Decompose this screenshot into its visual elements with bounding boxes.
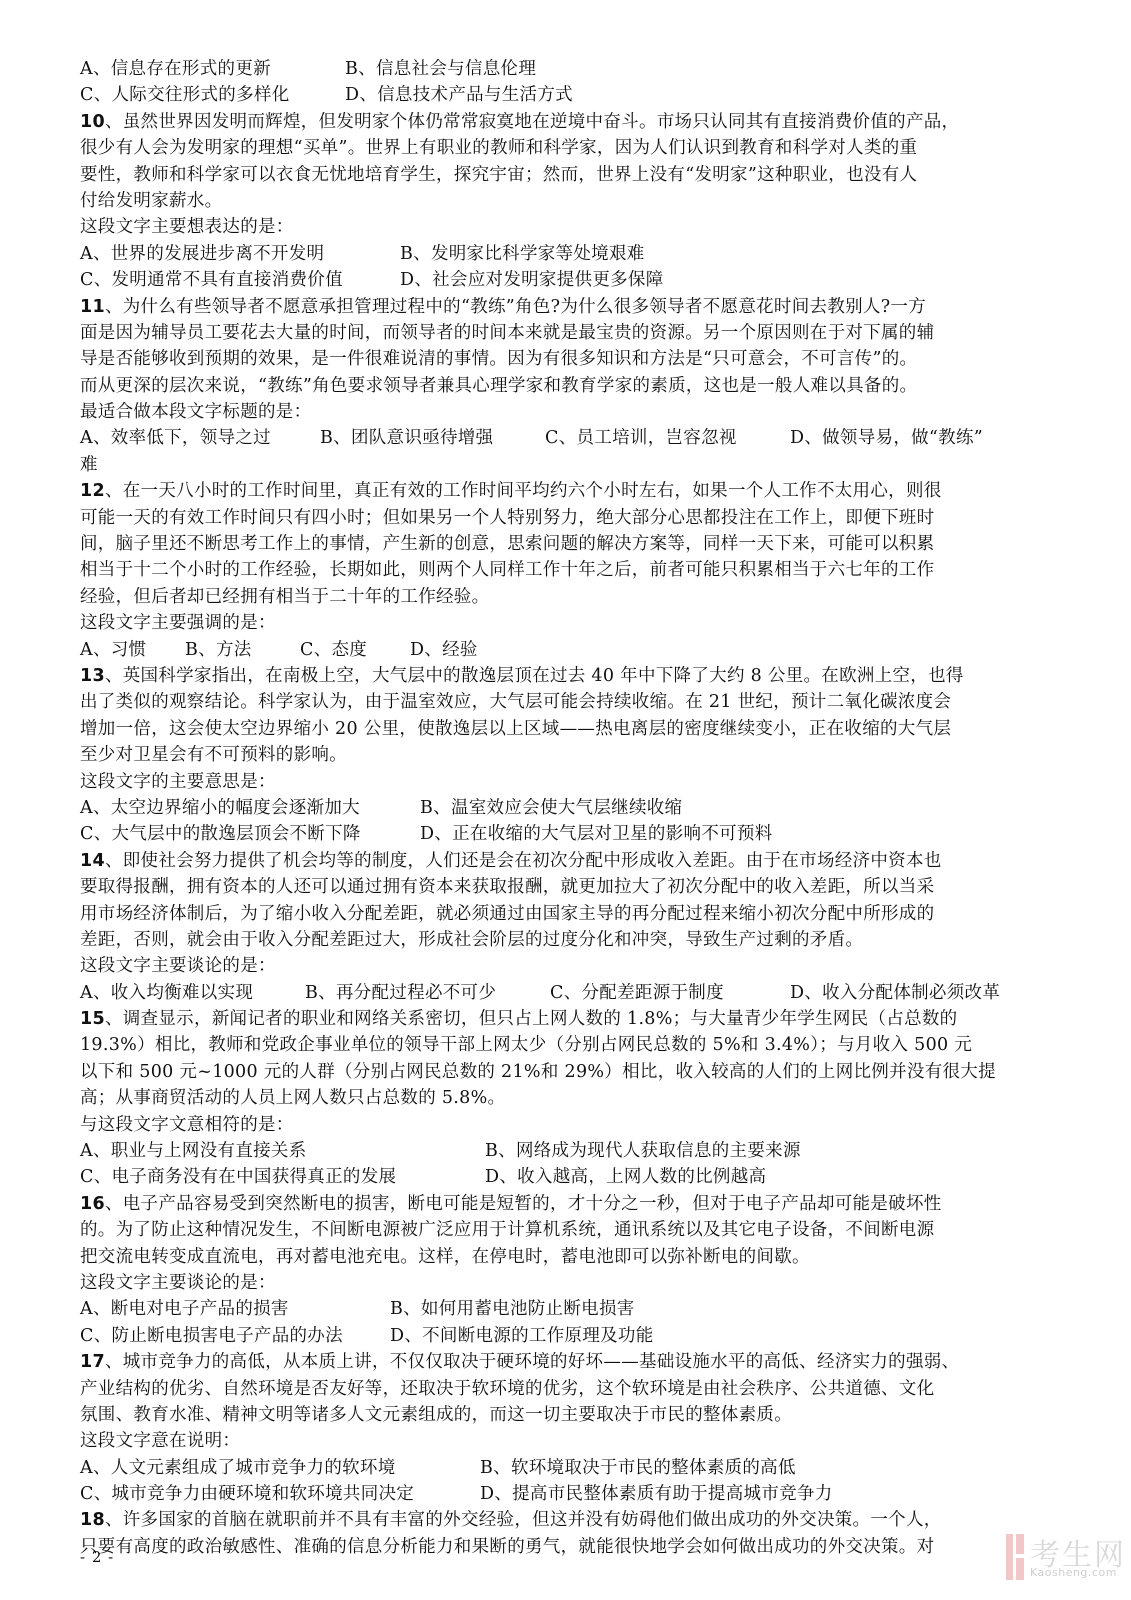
answer-options-row: C、防止断电损害电子产品的办法D、不间断电源的工作原理及功能 — [80, 1323, 1060, 1349]
question-17-line: 产业结构的优劣、自然环境是否友好等，还取决于软环境的优劣，这个软环境是由社会秩序… — [80, 1376, 1060, 1402]
question-prompt: 这段文字主要谈论的是： — [80, 953, 1060, 979]
answer-options-row: A、职业与上网没有直接关系B、网络成为现代人获取信息的主要来源 — [80, 1138, 1060, 1164]
question-number: 10 — [80, 112, 105, 132]
question-13-line: 增加一倍，这会使太空边界缩小 20 公里，使散逸层以上区域——热电离层的密度继续… — [80, 716, 1060, 742]
question-12-line: 可能一天的有效工作时间只有四小时；但如果另一个人特别努力，绝大部分心思都投注在工… — [80, 505, 1060, 531]
question-text: 很少有人会为发明家的理想“买单”。世界上有职业的教师和科学家，因为人们认识到教育… — [80, 138, 917, 158]
question-prompt: 这段文字主要强调的是： — [80, 610, 1060, 636]
question-18-first-line: 18、许多国家的首脑在就职前并不具有丰富的外交经验，但这并没有妨碍他们做出成功的… — [80, 1507, 1060, 1533]
page-number: - 2 - — [80, 1548, 114, 1566]
question-15-line: 以下和 500 元~1000 元的人群（分别占网民总数的 21%和 29%）相比… — [80, 1059, 1060, 1085]
question-11-line: 面是因为辅导员工要花去大量的时间，而领导者的时间本来就是最宝贵的资源。另一个原因… — [80, 320, 1060, 346]
question-12-first-line: 12、在一天八小时的工作时间里，真正有效的工作时间平均约六个小时左右，如果一个人… — [80, 478, 1060, 504]
answer-option: D、做领导易，做“教练” — [790, 425, 983, 451]
question-text: 、城市竞争力的高低，从本质上讲，不仅仅取决于硬环境的好坏——基础设施水平的高低、… — [105, 1352, 959, 1372]
question-prompt: 最适合做本段文字标题的是： — [80, 399, 1060, 425]
watermark-domain: Kaosheng.com — [1030, 1566, 1117, 1579]
answer-option: A、世界的发展进步离不开发明 — [80, 241, 324, 267]
answer-option: A、收入均衡难以实现 — [80, 980, 253, 1006]
question-15-first-line: 15、调查显示，新闻记者的职业和网络关系密切，但只占上网人数的 1.8%；与大量… — [80, 1006, 1060, 1032]
question-text: 增加一倍，这会使太空边界缩小 20 公里，使散逸层以上区域——热电离层的密度继续… — [80, 719, 951, 739]
question-text: 、虽然世界因发明而辉煌，但发明家个体仍常常寂寞地在逆境中奋斗。市场只认同其有直接… — [105, 112, 959, 132]
question-13-first-line: 13、英国科学家指出，在南极上空，大气层中的散逸层顶在过去 40 年中下降了大约… — [80, 663, 1060, 689]
answer-options-row: A、效率低下，领导之过B、团队意识亟待增强C、员工培训，岂容忽视D、做领导易，做… — [80, 425, 1060, 451]
question-text: 差距，否则，就会由于收入分配差距过大，形成社会阶层的过度分化和冲突，导致生产过剩… — [80, 930, 863, 950]
question-text: 、在一天八小时的工作时间里，真正有效的工作时间平均约六个小时左右，如果一个人工作… — [105, 481, 942, 501]
answer-option: A、信息存在形式的更新 — [80, 56, 271, 82]
answer-option: A、太空边界缩小的幅度会逐渐加大 — [80, 795, 360, 821]
question-prompt: 这段文字主要谈论的是： — [80, 1270, 1060, 1296]
answer-option: B、团队意识亟待增强 — [320, 425, 493, 451]
question-11-line: 而从更深的层次来说，“教练”角色要求领导者兼具心理学家和教育学家的素质，这也是一… — [80, 373, 1060, 399]
answer-options-row: A、习惯B、方法C、态度D、经验 — [80, 637, 1060, 663]
answer-option: B、网络成为现代人获取信息的主要来源 — [485, 1138, 801, 1164]
question-text: 而从更深的层次来说，“教练”角色要求领导者兼具心理学家和教育学家的素质，这也是一… — [80, 376, 917, 396]
question-number: 14 — [80, 851, 105, 871]
answer-options-row: A、人文元素组成了城市竞争力的软环境B、软环境取决于市民的整体素质的高低 — [80, 1455, 1060, 1481]
answer-option: A、人文元素组成了城市竞争力的软环境 — [80, 1455, 396, 1481]
answer-option: B、发明家比科学家等处境艰难 — [400, 241, 645, 267]
answer-option: A、断电对电子产品的损害 — [80, 1296, 289, 1322]
question-text: 只要有高度的政治敏感性、准确的信息分析能力和果断的勇气，就能很快地学会如何做出成… — [80, 1537, 934, 1557]
question-prompt: 与这段文字文意相符的是： — [80, 1112, 1060, 1138]
question-text: 的。为了防止这种情况发生，不间断电源被广泛应用于计算机系统，通讯系统以及其它电子… — [80, 1220, 934, 1240]
answer-options-row: A、收入均衡难以实现B、再分配过程必不可少C、分配差距源于制度D、收入分配体制必… — [80, 980, 1060, 1006]
answer-option: D、信息技术产品与生活方式 — [345, 82, 573, 108]
answer-option: C、城市竞争力由硬环境和软环境共同决定 — [80, 1481, 414, 1507]
answer-options-row: A、断电对电子产品的损害B、如何用蓄电池防止断电损害 — [80, 1296, 1060, 1322]
question-number: 17 — [80, 1352, 105, 1372]
question-prompt: 难 — [80, 452, 1060, 478]
answer-option: B、信息社会与信息伦理 — [345, 56, 536, 82]
question-text: 相当于十二个小时的工作经验，长期如此，则两个人同样工作十年之后，前者可能只积累相… — [80, 560, 934, 580]
question-10-line: 付给发明家薪水。 — [80, 188, 1060, 214]
kaosheng-logo-icon — [1006, 1534, 1024, 1580]
question-number: 13 — [80, 666, 105, 686]
answer-options-row: C、大气层中的散逸层顶会不断下降D、正在收缩的大气层对卫星的影响不可预料 — [80, 821, 1060, 847]
question-text: 要性，教师和科学家可以衣食无忧地培育学生，探究宇宙；然而，世界上没有“发明家”这… — [80, 165, 917, 185]
question-10-line: 很少有人会为发明家的理想“买单”。世界上有职业的教师和科学家，因为人们认识到教育… — [80, 135, 1060, 161]
question-text: 氛围、教育水准、精神文明等诸多人文元素组成的，而这一切主要取决于市民的整体素质。 — [80, 1405, 792, 1425]
question-text: 19.3%）相比，教师和党政企事业单位的领导干部上网太少（分别占网民总数的 5%… — [80, 1035, 972, 1055]
answer-options-row: C、人际交往形式的多样化D、信息技术产品与生活方式 — [80, 82, 1060, 108]
question-17-first-line: 17、城市竞争力的高低，从本质上讲，不仅仅取决于硬环境的好坏——基础设施水平的高… — [80, 1349, 1060, 1375]
question-prompt: 这段文字意在说明： — [80, 1428, 1060, 1454]
question-text: 、英国科学家指出，在南极上空，大气层中的散逸层顶在过去 40 年中下降了大约 8… — [105, 666, 964, 686]
question-text: 、电子产品容易受到突然断电的损害，断电可能是短暂的，才十分之一秒，但对于电子产品… — [105, 1194, 942, 1214]
question-text: 间，脑子里还不断思考工作上的事情，产生新的创意，思索问题的解决方案等，同样一天下… — [80, 534, 934, 554]
question-13-line: 出了类似的观察结论。科学家认为，由于温室效应，大气层可能会持续收缩。在 21 世… — [80, 689, 1060, 715]
question-14-line: 差距，否则，就会由于收入分配差距过大，形成社会阶层的过度分化和冲突，导致生产过剩… — [80, 927, 1060, 953]
question-prompt: 这段文字主要想表达的是： — [80, 214, 1060, 240]
answer-option: D、社会应对发明家提供更多保障 — [400, 267, 664, 293]
question-text: 以下和 500 元~1000 元的人群（分别占网民总数的 21%和 29%）相比… — [80, 1062, 996, 1082]
question-16-first-line: 16、电子产品容易受到突然断电的损害，断电可能是短暂的，才十分之一秒，但对于电子… — [80, 1191, 1060, 1217]
question-number: 18 — [80, 1510, 105, 1530]
question-16-line: 把交流电转变成直流电，再对蓄电池充电。这样，在停电时，蓄电池即可以弥补断电的间歇… — [80, 1244, 1060, 1270]
answer-options-row: A、太空边界缩小的幅度会逐渐加大B、温室效应会使大气层继续收缩 — [80, 795, 1060, 821]
question-12-line: 间，脑子里还不断思考工作上的事情，产生新的创意，思索问题的解决方案等，同样一天下… — [80, 531, 1060, 557]
answer-option: A、职业与上网没有直接关系 — [80, 1138, 307, 1164]
answer-option: C、防止断电损害电子产品的办法 — [80, 1323, 343, 1349]
question-prompt: 这段文字的主要意思是： — [80, 769, 1060, 795]
question-text: 出了类似的观察结论。科学家认为，由于温室效应，大气层可能会持续收缩。在 21 世… — [80, 692, 951, 712]
question-12-line: 相当于十二个小时的工作经验，长期如此，则两个人同样工作十年之后，前者可能只积累相… — [80, 557, 1060, 583]
question-12-line: 经验，但后者却已经拥有相当于二十年的工作经验。 — [80, 584, 1060, 610]
question-14-line: 用市场经济体制后，为了缩小收入分配差距，就必须通过由国家主导的再分配过程来缩小初… — [80, 901, 1060, 927]
question-text: 经验，但后者却已经拥有相当于二十年的工作经验。 — [80, 587, 489, 607]
answer-options-row: C、发明通常不具有直接消费价值D、社会应对发明家提供更多保障 — [80, 267, 1060, 293]
answer-options-row: C、电子商务没有在中国获得真正的发展D、收入越高，上网人数的比例越高 — [80, 1164, 1060, 1190]
question-text: 把交流电转变成直流电，再对蓄电池充电。这样，在停电时，蓄电池即可以弥补断电的间歇… — [80, 1247, 810, 1267]
question-text: 用市场经济体制后，为了缩小收入分配差距，就必须通过由国家主导的再分配过程来缩小初… — [80, 904, 934, 924]
question-text: 付给发明家薪水。 — [80, 191, 222, 211]
question-number: 16 — [80, 1194, 105, 1214]
watermark-logo: 考生网 Kaosheng.com — [1006, 1530, 1131, 1586]
question-text: 、许多国家的首脑在就职前并不具有丰富的外交经验，但这并没有妨碍他们做出成功的外交… — [105, 1510, 942, 1530]
question-text: 可能一天的有效工作时间只有四小时；但如果另一个人特别努力，绝大部分心思都投注在工… — [80, 508, 934, 528]
answer-option: D、收入分配体制必须改革 — [790, 980, 1000, 1006]
answer-option: A、效率低下，领导之过 — [80, 425, 271, 451]
question-text: 至少对卫星会有不可预料的影响。 — [80, 745, 347, 765]
answer-option: D、不间断电源的工作原理及功能 — [390, 1323, 654, 1349]
question-text: 要取得报酬，拥有资本的人还可以通过拥有资本来获取报酬，就更加拉大了初次分配中的收… — [80, 877, 934, 897]
answer-option: A、习惯 — [80, 637, 146, 663]
question-text: 高；从事商贸活动的人员上网人数只占总数的 5.8%。 — [80, 1088, 505, 1108]
answer-option: D、正在收缩的大气层对卫星的影响不可预料 — [420, 821, 773, 847]
question-18-line: 只要有高度的政治敏感性、准确的信息分析能力和果断的勇气，就能很快地学会如何做出成… — [80, 1534, 1060, 1560]
question-11-first-line: 11、为什么有些领导者不愿意承担管理过程中的“教练”角色?为什么很多领导者不愿意… — [80, 294, 1060, 320]
answer-option: C、员工培训，岂容忽视 — [545, 425, 737, 451]
question-15-line: 高；从事商贸活动的人员上网人数只占总数的 5.8%。 — [80, 1085, 1060, 1111]
question-14-first-line: 14、即使社会努力提供了机会均等的制度，人们还是会在初次分配中形成收入差距。由于… — [80, 848, 1060, 874]
question-text: 面是因为辅导员工要花去大量的时间，而领导者的时间本来就是最宝贵的资源。另一个原因… — [80, 323, 934, 343]
answer-option: D、经验 — [410, 637, 478, 663]
question-number: 11 — [80, 297, 105, 317]
answer-option: C、电子商务没有在中国获得真正的发展 — [80, 1164, 396, 1190]
question-10-first-line: 10、虽然世界因发明而辉煌，但发明家个体仍常常寂寞地在逆境中奋斗。市场只认同其有… — [80, 109, 1060, 135]
question-11-line: 导是否能够收到预期的效果，是一件很难说清的事情。因为有很多知识和方法是“只可意会… — [80, 346, 1060, 372]
answer-option: D、提高市民整体素质有助于提高城市竞争力 — [480, 1481, 833, 1507]
answer-options-row: A、信息存在形式的更新B、信息社会与信息伦理 — [80, 56, 1060, 82]
question-13-line: 至少对卫星会有不可预料的影响。 — [80, 742, 1060, 768]
question-text: 产业结构的优劣、自然环境是否友好等，还取决于软环境的优劣，这个软环境是由社会秩序… — [80, 1379, 934, 1399]
answer-option: B、如何用蓄电池防止断电损害 — [390, 1296, 635, 1322]
answer-option: C、分配差距源于制度 — [550, 980, 724, 1006]
question-number: 12 — [80, 481, 105, 501]
answer-option: B、温室效应会使大气层继续收缩 — [420, 795, 682, 821]
question-text: 、为什么有些领导者不愿意承担管理过程中的“教练”角色?为什么很多领导者不愿意花时… — [105, 297, 926, 317]
answer-option: B、再分配过程必不可少 — [305, 980, 496, 1006]
question-15-line: 19.3%）相比，教师和党政企事业单位的领导干部上网太少（分别占网民总数的 5%… — [80, 1032, 1060, 1058]
answer-option: B、方法 — [185, 637, 252, 663]
question-14-line: 要取得报酬，拥有资本的人还可以通过拥有资本来获取报酬，就更加拉大了初次分配中的收… — [80, 874, 1060, 900]
answer-options-row: A、世界的发展进步离不开发明B、发明家比科学家等处境艰难 — [80, 241, 1060, 267]
answer-option: D、收入越高，上网人数的比例越高 — [485, 1164, 766, 1190]
answer-options-row: C、城市竞争力由硬环境和软环境共同决定D、提高市民整体素质有助于提高城市竞争力 — [80, 1481, 1060, 1507]
question-text: 导是否能够收到预期的效果，是一件很难说清的事情。因为有很多知识和方法是“只可意会… — [80, 349, 917, 369]
question-text: 、调查显示，新闻记者的职业和网络关系密切，但只占上网人数的 1.8%；与大量青少… — [105, 1009, 958, 1029]
answer-option: C、人际交往形式的多样化 — [80, 82, 290, 108]
question-number: 15 — [80, 1009, 105, 1029]
document-page: A、信息存在形式的更新B、信息社会与信息伦理C、人际交往形式的多样化D、信息技术… — [80, 56, 1060, 1560]
answer-option: C、发明通常不具有直接消费价值 — [80, 267, 343, 293]
question-10-line: 要性，教师和科学家可以衣食无忧地培育学生，探究宇宙；然而，世界上没有“发明家”这… — [80, 162, 1060, 188]
question-17-line: 氛围、教育水准、精神文明等诸多人文元素组成的，而这一切主要取决于市民的整体素质。 — [80, 1402, 1060, 1428]
question-16-line: 的。为了防止这种情况发生，不间断电源被广泛应用于计算机系统，通讯系统以及其它电子… — [80, 1217, 1060, 1243]
answer-option: C、态度 — [300, 637, 367, 663]
answer-option: B、软环境取决于市民的整体素质的高低 — [480, 1455, 796, 1481]
question-text: 、即使社会努力提供了机会均等的制度，人们还是会在初次分配中形成收入差距。由于在市… — [105, 851, 942, 871]
answer-option: C、大气层中的散逸层顶会不断下降 — [80, 821, 361, 847]
